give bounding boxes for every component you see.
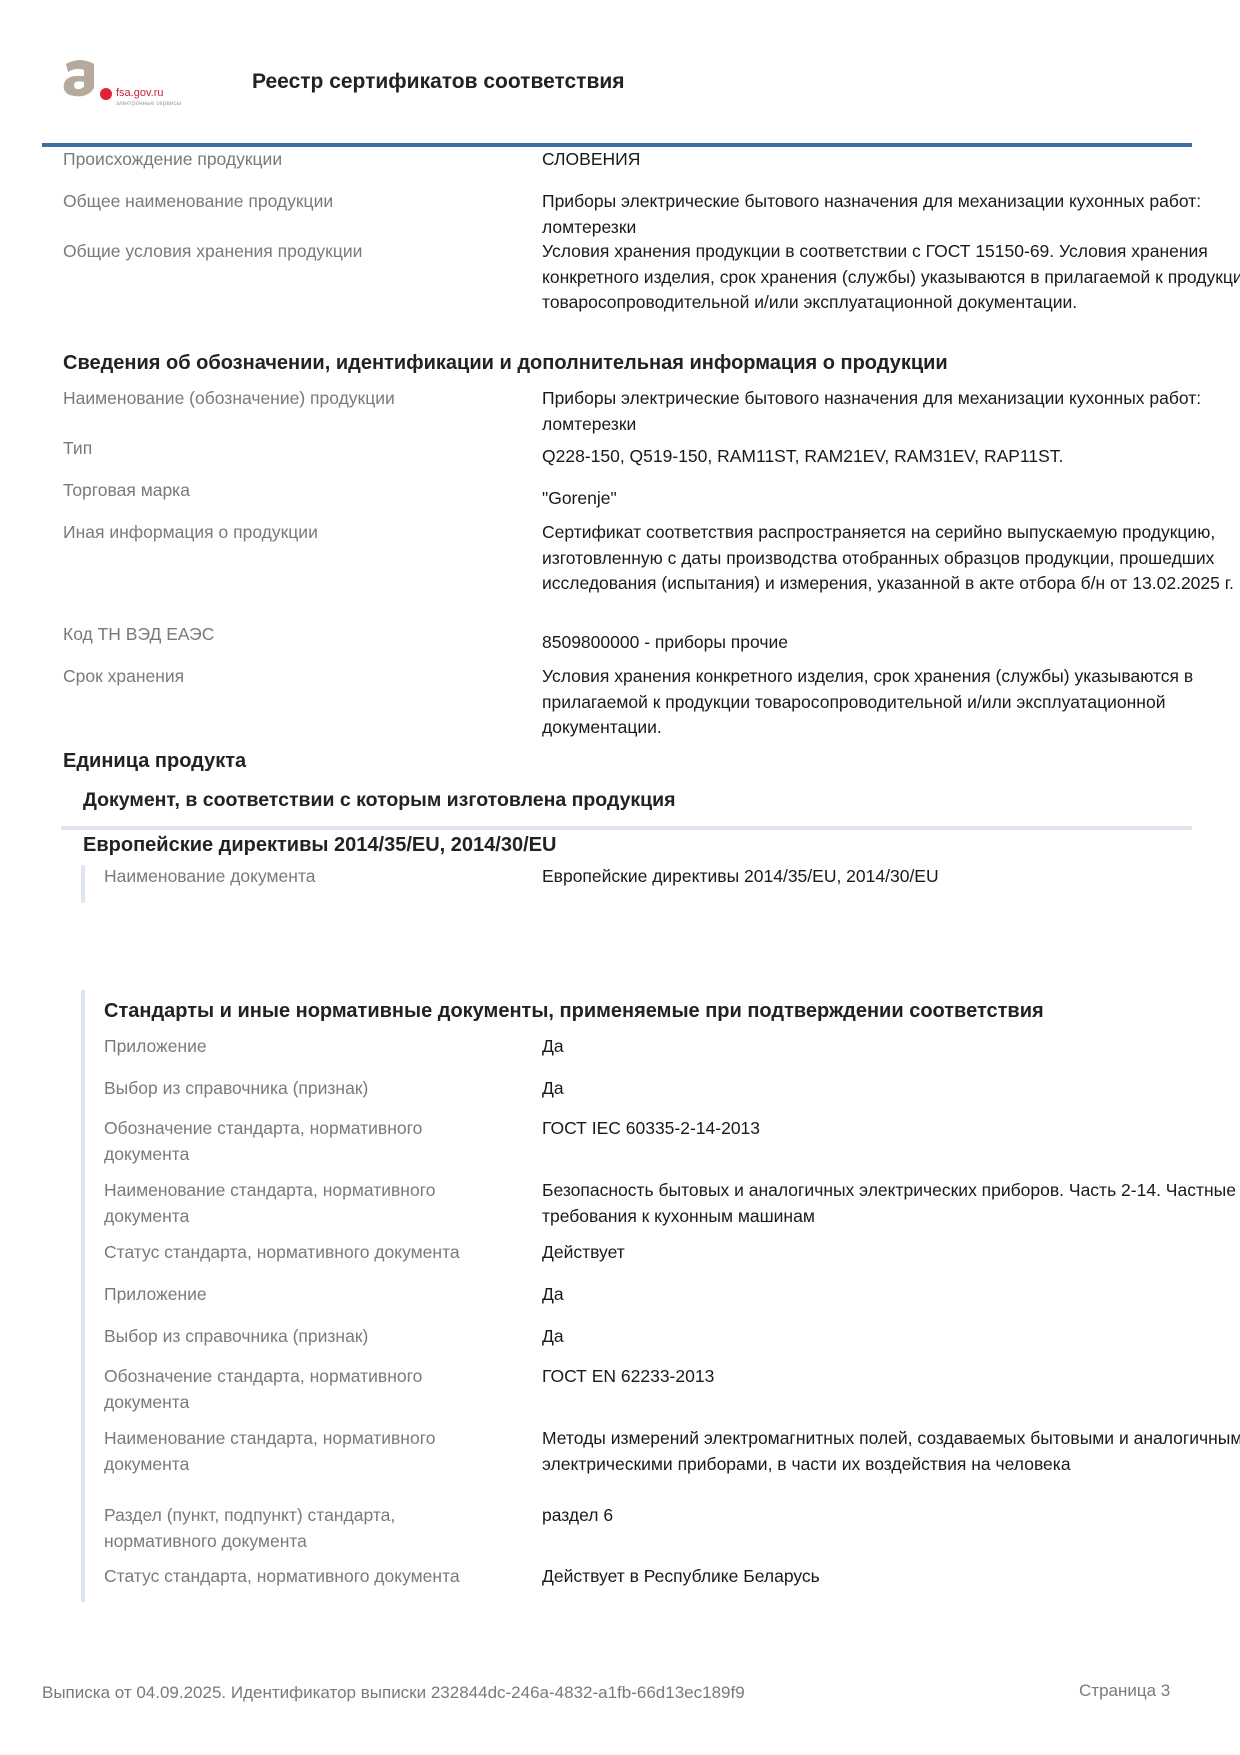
field-value: Q228-150, Q519-150, RAM11ST, RAM21EV, RA… <box>542 444 1240 470</box>
field-value: ГОСТ EN 62233-2013 <box>542 1364 1240 1390</box>
field-value: Методы измерений электромагнитных полей,… <box>542 1426 1240 1477</box>
field-label: Общее наименование продукции <box>63 189 533 215</box>
doc-left-border <box>81 865 85 903</box>
field-value: Условия хранения продукции в соответстви… <box>542 239 1240 316</box>
field-label: Раздел (пункт, подпункт) стандарта, норм… <box>104 1503 504 1554</box>
logo-dot <box>100 88 112 100</box>
field-value: Сертификат соответствия распространяется… <box>542 520 1240 597</box>
field-value: Действует в Республике Беларусь <box>542 1564 1240 1590</box>
standards-left-border <box>81 990 85 1602</box>
section-title-manufacturing-doc: Документ, в соответствии с которым изгот… <box>83 789 676 812</box>
field-label: Приложение <box>104 1034 504 1060</box>
field-label: Тип <box>63 436 533 462</box>
field-value: СЛОВЕНИЯ <box>542 147 1240 173</box>
field-label: Обозначение стандарта, нормативного доку… <box>104 1364 504 1415</box>
field-label: Торговая марка <box>63 478 533 504</box>
page-number: Страница 3 <box>1079 1681 1170 1701</box>
field-label: Общие условия хранения продукции <box>63 239 533 265</box>
section-title-standards: Стандарты и иные нормативные документы, … <box>104 1000 1044 1023</box>
field-value: Да <box>542 1282 1240 1308</box>
field-label: Статус стандарта, нормативного документа <box>104 1564 504 1590</box>
field-value: Да <box>542 1034 1240 1060</box>
field-label: Приложение <box>104 1282 504 1308</box>
field-label: Наименование стандарта, нормативного док… <box>104 1178 504 1229</box>
section-title-unit: Единица продукта <box>63 750 246 773</box>
field-label: Иная информация о продукции <box>63 520 533 546</box>
field-value: Условия хранения конкретного изделия, ср… <box>542 664 1240 741</box>
field-label: Выбор из справочника (признак) <box>104 1076 504 1102</box>
field-value: Да <box>542 1324 1240 1350</box>
field-value: ГОСТ IEC 60335-2-14-2013 <box>542 1116 1240 1142</box>
field-value: 8509800000 - приборы прочие <box>542 630 1240 656</box>
field-label: Обозначение стандарта, нормативного доку… <box>104 1116 504 1167</box>
field-value: Приборы электрические бытового назначени… <box>542 189 1240 240</box>
logo-site: fsa.gov.ru <box>116 87 164 99</box>
page-header: fsa.gov.ru электронные сервисы Реестр се… <box>42 50 1192 144</box>
field-label: Срок хранения <box>63 664 533 690</box>
extract-info: Выписка от 04.09.2025. Идентификатор вып… <box>42 1683 745 1703</box>
field-label: Выбор из справочника (признак) <box>104 1324 504 1350</box>
logo-subtitle: электронные сервисы <box>116 101 181 107</box>
field-value: "Gorenje" <box>542 486 1240 512</box>
field-value: Да <box>542 1076 1240 1102</box>
field-value: Безопасность бытовых и аналогичных элект… <box>542 1178 1240 1229</box>
section-divider <box>61 826 1192 830</box>
field-value: Европейские директивы 2014/35/EU, 2014/3… <box>542 864 1240 890</box>
field-label: Наименование документа <box>104 864 504 890</box>
field-label: Происхождение продукции <box>63 147 533 173</box>
field-value: Приборы электрические бытового назначени… <box>542 386 1240 437</box>
page-title: Реестр сертификатов соответствия <box>252 70 625 94</box>
section-title-identification: Сведения об обозначении, идентификации и… <box>63 352 948 375</box>
fsa-a-logo-icon <box>60 58 100 98</box>
fsa-logo: fsa.gov.ru электронные сервисы <box>60 58 210 110</box>
field-label: Наименование стандарта, нормативного док… <box>104 1426 504 1477</box>
field-value: раздел 6 <box>542 1503 1240 1529</box>
doc-heading: Европейские директивы 2014/35/EU, 2014/3… <box>83 834 556 857</box>
field-label: Наименование (обозначение) продукции <box>63 386 533 412</box>
field-value: Действует <box>542 1240 1240 1266</box>
field-label: Статус стандарта, нормативного документа <box>104 1240 504 1266</box>
field-label: Код ТН ВЭД ЕАЭС <box>63 622 533 648</box>
